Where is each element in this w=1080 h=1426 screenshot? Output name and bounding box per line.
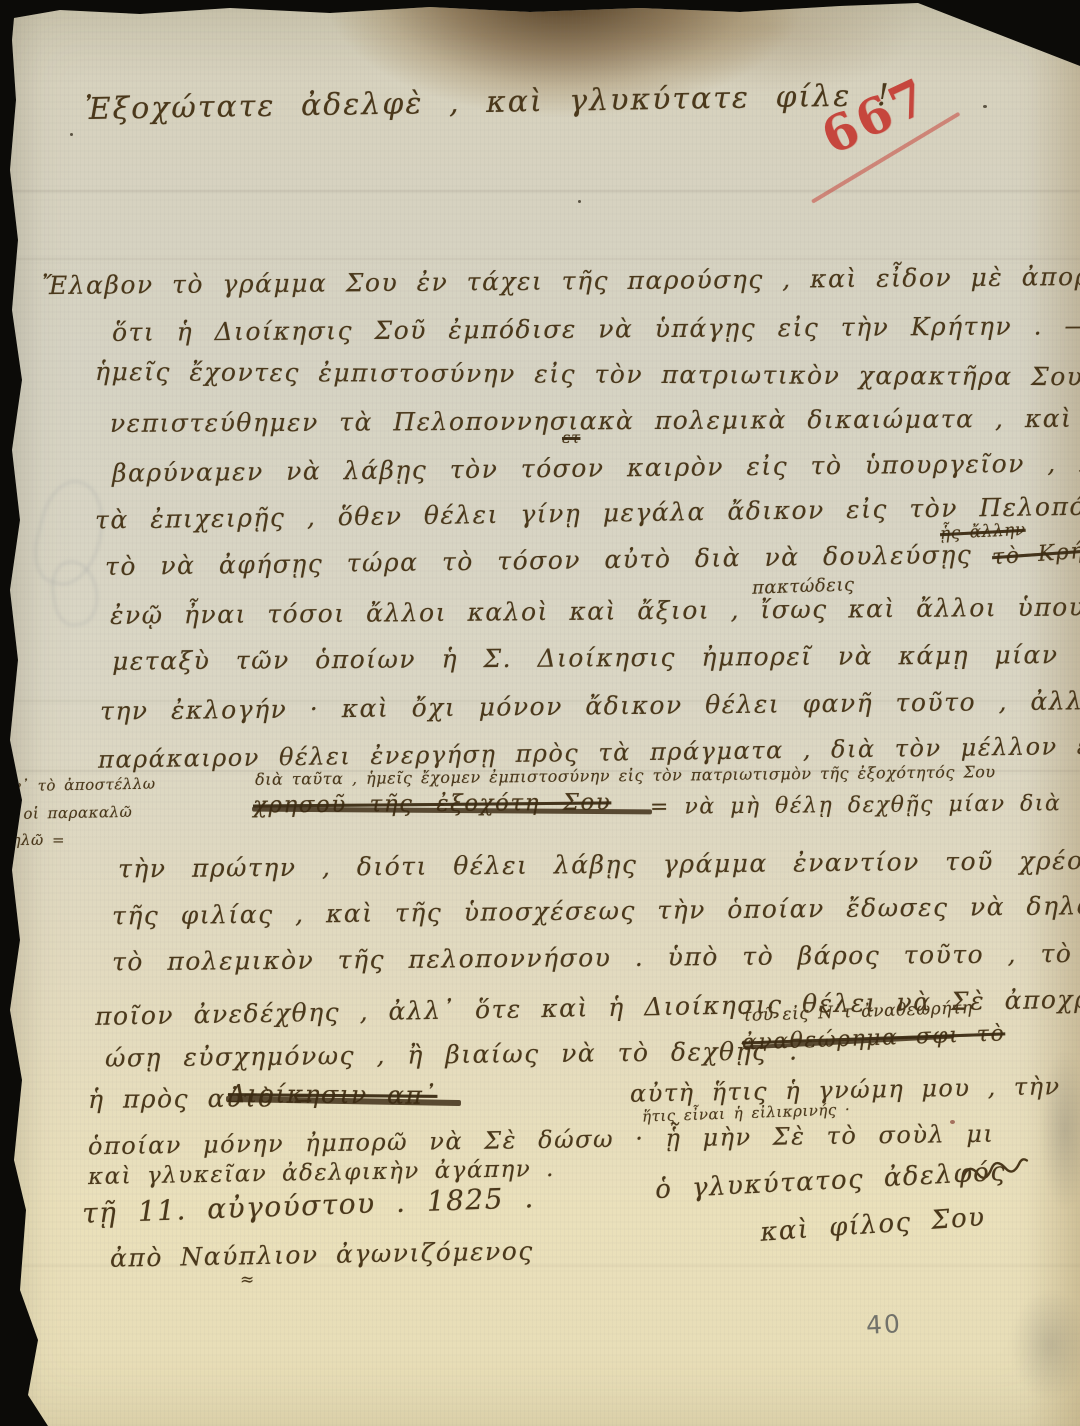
edge-smudge [1010, 1290, 1080, 1400]
body-line: τῆς φιλίας , καὶ τῆς ὑποσχέσεως τὴν ὁποί… [112, 893, 1080, 929]
struck-text: ετ [562, 430, 580, 446]
margin-note: ν γ᾽ τὸ ἀποστέλλω [0, 777, 156, 795]
ghost-show-through [48, 557, 103, 629]
ink-speck [983, 105, 987, 108]
struck-text: τὸ Κρήτη [991, 539, 1080, 569]
ink-speck [578, 200, 581, 203]
letter-scan: 667 Ἐξοχώτατε ἀδελφὲ , καὶ γλυκύτατε φίλ… [0, 0, 1080, 1426]
squiggle-mark: ≈ [240, 1272, 255, 1289]
body-line: τὰ ἐπιχειρῇς , ὅθεν θέλει γίνῃ μεγάλα ἄδ… [95, 492, 1080, 532]
body-line: ὅτι ἡ Διοίκησις Σοῦ ἐμπόδισε νὰ ὑπάγῃς ε… [112, 312, 1080, 345]
margin-note: δηλῶ = [2, 833, 65, 848]
date-line: τῇ 11. αὐγούστου . 1825 . [82, 1184, 536, 1228]
body-line: τὸ νὰ ἀφήσῃς τώρα τὸ τόσον αὐτὸ διὰ νὰ δ… [105, 542, 973, 579]
body-line: ἐνῷ ἦναι τόσοι ἄλλοι καλοὶ καὶ ἄξιοι , ἴ… [110, 593, 1080, 628]
salutation-line: Ἐξοχώτατε ἀδελφὲ , καὶ γλυκύτατε φίλε ! [85, 81, 891, 125]
paper: 667 Ἐξοχώτατε ἀδελφὲ , καὶ γλυκύτατε φίλ… [0, 0, 1080, 1426]
fold-line [0, 258, 1080, 260]
place-line: ἀπὸ Ναύπλιον ἀγωνιζόμενος [110, 1238, 534, 1270]
interlinear-note: πακτώδεις [752, 576, 855, 598]
body-line: ὁποίαν μόνην ἠμπορῶ νὰ Σὲ δώσω · ᾗ μὴν Σ… [88, 1122, 995, 1159]
signature-line: καὶ φίλος Σου [759, 1204, 986, 1246]
body-line: ώσῃ εὐσχημόνως , ἢ βιαίως νὰ τὸ δεχθῇς . [105, 1038, 799, 1070]
body-line: Ἔλαβον τὸ γράμμα Σου ἐν τάχει τῆς παρούσ… [42, 263, 1080, 298]
body-line: τὸ πολεμικὸν τῆς πελοποννήσου . ὑπὸ τὸ β… [112, 941, 1080, 975]
body-line: ἡμεῖς ἔχοντες ἐμπιστοσύνην εἰς τὸν πατρι… [95, 359, 1080, 390]
body-line: μεταξὺ τῶν ὁποίων ἡ Σ. Διοίκησις ἠμπορεῖ… [112, 641, 1080, 673]
ink-speck [70, 133, 73, 136]
margin-note: ον οἱ παρακαλῶ [0, 805, 132, 822]
page-number-pencil: 40 [865, 1311, 902, 1338]
signature-line: ὁ γλυκύτατος ἀδελφός [655, 1159, 1007, 1203]
body-line: τὴν πρώτην , διότι θέλει λάβῃς γράμμα ἐν… [118, 848, 1080, 882]
fold-line [0, 190, 1080, 192]
body-line: την ἐκλογήν · καὶ ὄχι μόνον ἄδικον θέλει… [100, 687, 1080, 723]
struck-text: ᾗς ἄλλην [940, 522, 1026, 543]
body-line: νεπιστεύθημεν τὰ Πελοποννησιακὰ πολεμικὰ… [110, 405, 1080, 436]
body-line: βαρύναμεν νὰ λάβῃς τὸν τόσον καιρὸν εἰς … [112, 449, 1080, 485]
body-line: = νὰ μὴ θέλῃ δεχθῇς μίαν διὰ [650, 793, 1061, 819]
